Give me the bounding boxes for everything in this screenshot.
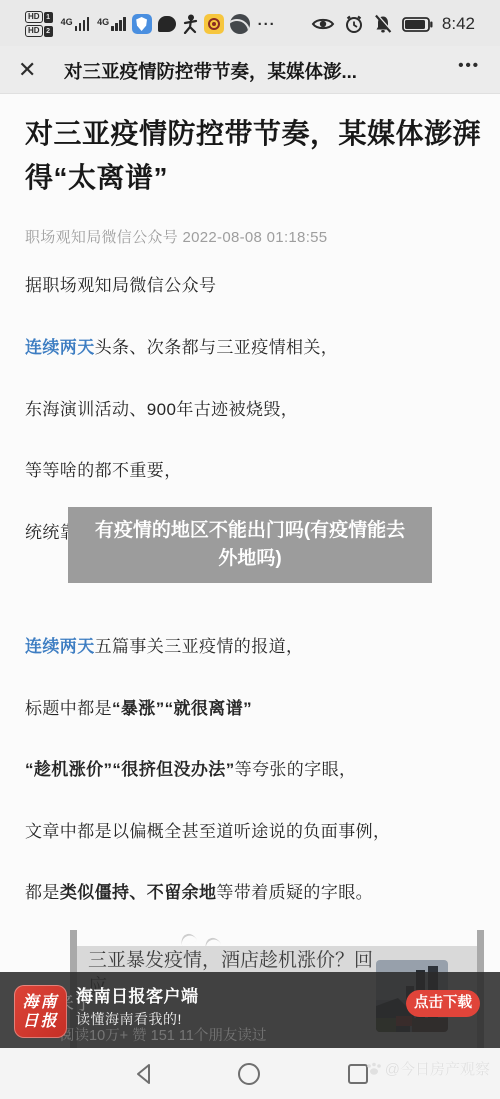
article-title: 对三亚疫情防控带节奏，某媒体澎湃得“太离谱” [25, 112, 493, 200]
hd2-icon: HD [25, 25, 43, 37]
home-button[interactable] [237, 1062, 261, 1086]
text-segment: 东海演训活动、900年古迹被烧毁， [25, 400, 298, 419]
paragraph: 东海演训活动、900年古迹被烧毁， [25, 398, 487, 422]
quote-marks-decoration [179, 931, 198, 946]
highlighted-text-segment: 连续两天 [25, 637, 95, 656]
highlighted-text-segment: 连续两天 [25, 338, 95, 357]
title-bar: ✕ 对三亚疫情防控带节奏，某媒体澎... ••• [0, 46, 500, 94]
download-button[interactable]: 点击下载 [406, 990, 480, 1017]
paragraph: “趁机涨价”“很挤但没办法”等夸张的字眼， [25, 758, 487, 782]
battery-icon [402, 17, 433, 32]
text-segment: 头条、次条都与三亚疫情相关， [95, 338, 339, 357]
more-menu-icon[interactable]: ••• [458, 57, 480, 74]
paragraph: 文章中都是以偏概全甚至道听途说的负面事例， [25, 820, 487, 844]
status-right-cluster: 8:42 [311, 8, 475, 40]
text-segment: 等夸张的字眼， [235, 760, 357, 779]
browser-notification-icon [230, 14, 250, 34]
volte-hd-badges: HD 1 HD 2 [25, 11, 53, 37]
weibo-notification-icon [204, 14, 224, 34]
page-title-truncated: 对三亚疫情防控带节奏，某媒体澎... [64, 58, 434, 84]
back-button[interactable] [132, 1062, 156, 1086]
paw-icon [366, 1062, 382, 1076]
network-type-sim2: 4G [97, 17, 109, 27]
close-icon[interactable]: ✕ [18, 56, 36, 84]
logo-text-line1: 海南 [22, 993, 58, 1012]
more-notifications-icon: ··· [258, 16, 276, 33]
bold-text-segment: “暴涨”“就很离谱” [112, 699, 252, 718]
watermark-text: @今日房产观察 [385, 1058, 490, 1079]
status-bar: HD 1 HD 2 4G 4G [0, 0, 500, 46]
watermark: @今日房产观察 [366, 1058, 490, 1079]
speech-bubble-notification-icon [158, 16, 176, 32]
paragraph: 连续两天五篇事关三亚疫情的报道， [25, 635, 487, 659]
android-nav-bar: @今日房产观察 [0, 1048, 500, 1099]
signal-strength-sim1-icon: 4G [61, 17, 90, 31]
ad-app-name: 海南日报客户端 [76, 982, 199, 1007]
overlay-caption-box: 有疫情的地区不能出门吗(有疫情能去外地吗) [68, 507, 432, 583]
paragraph: 连续两天头条、次条都与三亚疫情相关， [25, 336, 487, 360]
hd1-icon: HD [25, 11, 43, 23]
article-byline: 职场观知局微信公众号 2022-08-08 01:18:55 [25, 226, 327, 247]
paragraph: 都是类似僵持、不留余地等带着质疑的字眼。 [25, 881, 487, 905]
sim2-number: 2 [44, 26, 53, 37]
text-segment: 等等啥的都不重要， [25, 461, 182, 480]
eye-comfort-icon [311, 16, 335, 32]
ad-tagline: 读懂海南看我的! [76, 1009, 182, 1029]
overlay-caption-text: 有疫情的地区不能出门吗(有疫情能去外地吗) [94, 517, 406, 573]
clock-time: 8:42 [442, 14, 475, 34]
hd-badge-sim1: HD 1 [25, 11, 53, 23]
status-left-cluster: HD 1 HD 2 4G 4G [25, 8, 276, 40]
logo-text-line2: 日报 [22, 1012, 58, 1031]
text-segment: 等带着质疑的字眼。 [216, 883, 373, 902]
text-segment: 五篇事关三亚疫情的报道， [95, 637, 304, 656]
paragraph: 据职场观知局微信公众号 [25, 274, 487, 298]
bold-text-segment: “趁机涨价”“很挤但没办法” [25, 760, 235, 779]
hd-badge-sim2: HD 2 [25, 25, 53, 37]
sim1-number: 1 [44, 12, 53, 23]
text-segment: 都是 [25, 883, 60, 902]
paragraph: 标题中都是“暴涨”“就很离谱” [25, 697, 487, 721]
alarm-clock-icon [344, 14, 364, 34]
mute-bell-icon [373, 14, 393, 34]
text-segment: 文章中都是以偏概全甚至道听途说的负面事例， [25, 822, 390, 841]
app-download-ad-banner: 来了 阅读10万+ 赞 151 11个朋友读过 海南 日报 海南日报客户端 读懂… [0, 972, 500, 1048]
text-segment: 标题中都是 [25, 699, 112, 718]
network-type-sim1: 4G [61, 17, 73, 27]
signal-strength-sim2-icon: 4G [97, 17, 126, 31]
paragraph: 等等啥的都不重要， [25, 459, 487, 483]
hainan-daily-app-logo[interactable]: 海南 日报 [14, 985, 67, 1038]
bold-text-segment: 类似僵持、不留余地 [60, 883, 217, 902]
security-app-notification-icon [132, 14, 152, 34]
text-segment: 据职场观知局微信公众号 [25, 276, 216, 295]
person-notification-icon [182, 14, 198, 34]
phone-screen: HD 1 HD 2 4G 4G [0, 0, 500, 1099]
